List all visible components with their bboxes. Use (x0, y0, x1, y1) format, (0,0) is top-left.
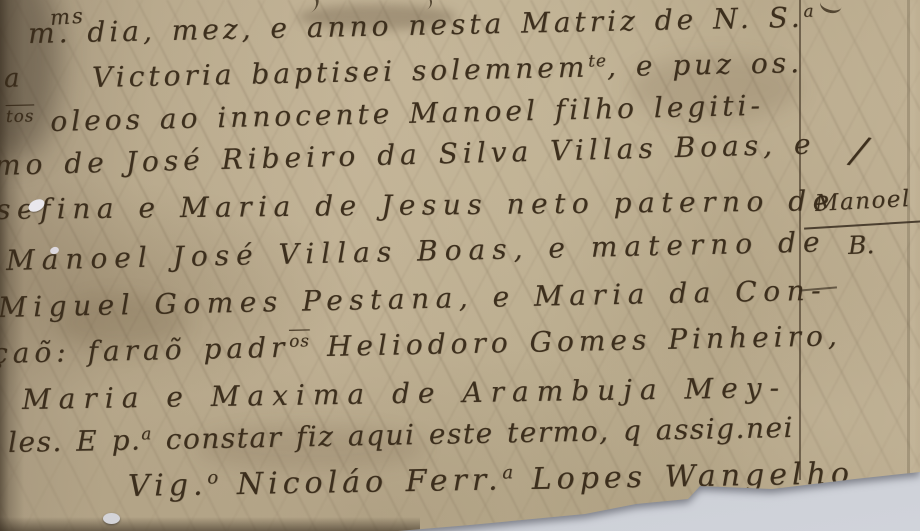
line-8-text: çaõ: faraõ padr (0, 331, 290, 370)
manuscript-photo: ms m. dia, mez, e anno nesta Matriz de N… (0, 0, 920, 531)
line-1-superscript: a (803, 0, 814, 20)
line-3-superscript-tos: tos (6, 105, 35, 126)
margin-entry-initial: B. (848, 232, 875, 258)
margin-entry-name: Manoel (814, 188, 911, 216)
signature-name: Nicoláo Ferr. (219, 462, 503, 502)
line-8-superscript-os: os (289, 330, 310, 350)
line-2-text-end: , e puz os. (607, 46, 804, 83)
line-2-superscript-te: te (588, 50, 607, 70)
manuscript-line-5: sefina e Maria de Jesus neto paterno de (0, 187, 836, 224)
paper-speck (103, 513, 120, 524)
signature-name-end: Lopes Wangelho (514, 456, 854, 497)
page-bottom-edge-shadow (0, 517, 420, 531)
line-10-text: les. E p. (8, 423, 142, 459)
signature-superscript-o: o (207, 467, 219, 488)
line-2-cut-fragment: a (4, 65, 20, 92)
line-10-superscript-a: a (141, 423, 152, 443)
signature-vigario: Vig. (128, 468, 208, 504)
signature-superscript-a: a (502, 462, 514, 483)
page-right-edge (907, 0, 910, 491)
manuscript-page: ms m. dia, mez, e anno nesta Matriz de N… (0, 0, 920, 531)
